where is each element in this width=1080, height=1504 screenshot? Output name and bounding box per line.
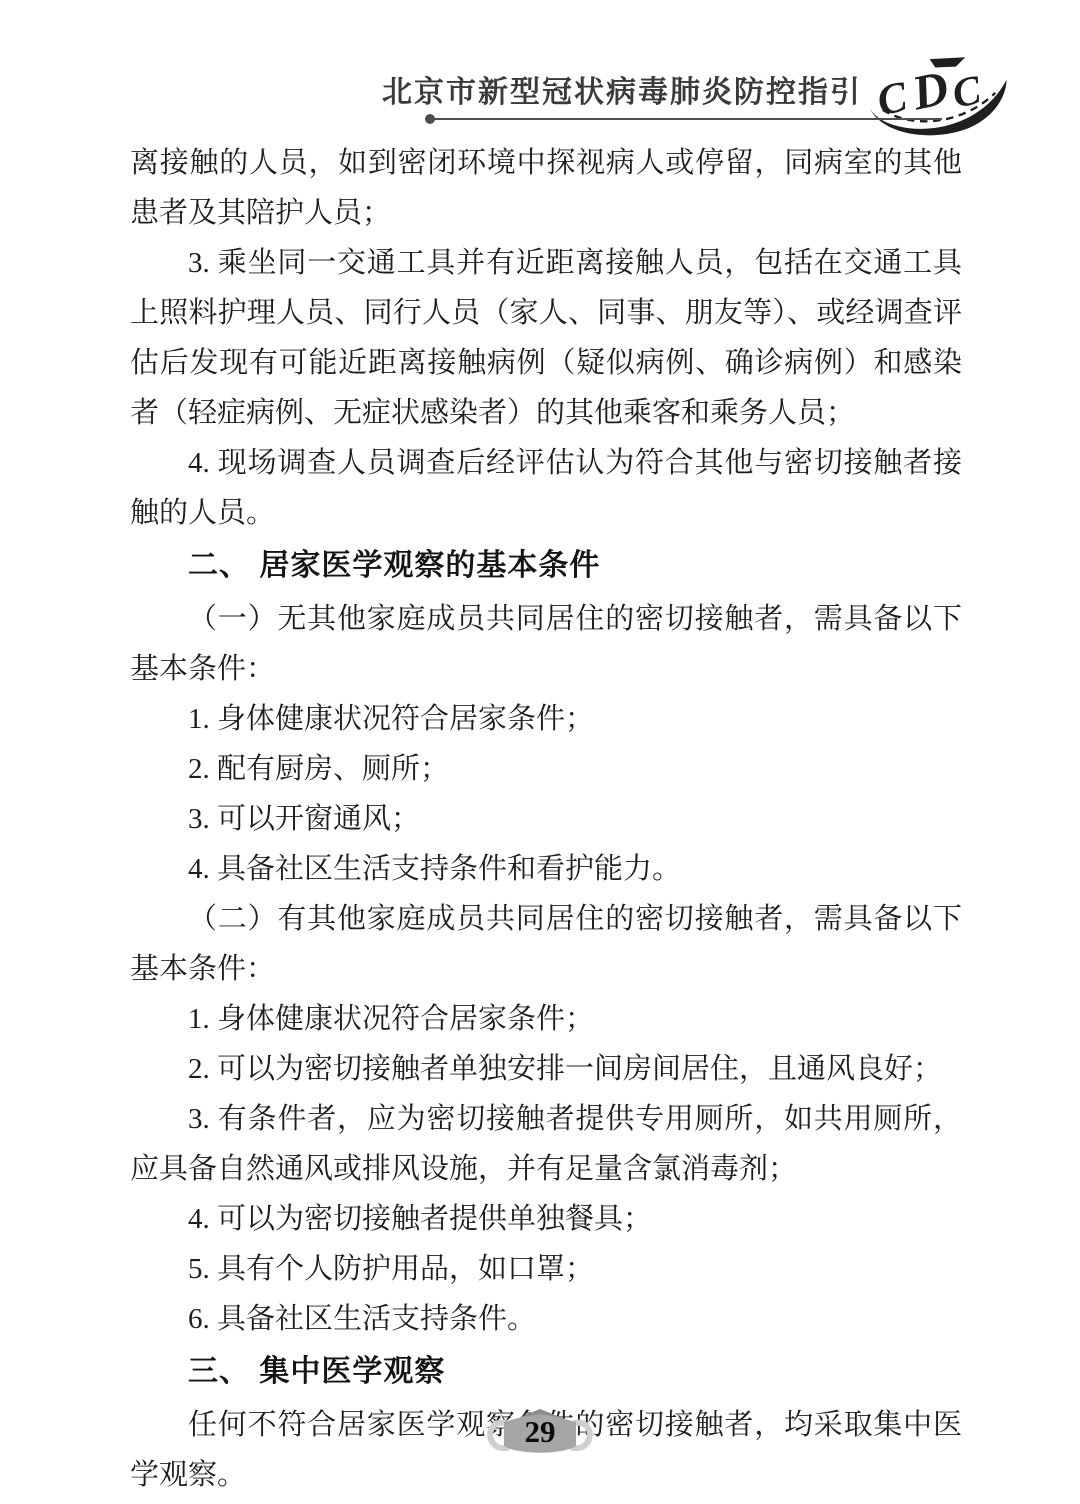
body-paragraph: 6. 具备社区生活支持条件。 [130, 1294, 962, 1344]
page-number: 29 [481, 1416, 599, 1447]
body-paragraph: 离接触的人员，如到密闭环境中探视病人或停留，同病室的其他患者及其陪护人员； [130, 138, 962, 238]
document-page: 北京市新型冠状病毒肺炎防控指引 C D C 离接触的人员，如到密闭环境中探视病人… [0, 0, 1080, 1504]
page-number-mask-badge: 29 [481, 1403, 599, 1469]
cdc-logo-icon: C D C [864, 52, 1014, 144]
body-paragraph: （一）无其他家庭成员共同居住的密切接触者，需具备以下基本条件： [130, 594, 962, 694]
rule-dot [425, 114, 435, 124]
body-paragraph: 1. 身体健康状况符合居家条件； [130, 994, 962, 1044]
body-paragraph: 3. 可以开窗通风； [130, 794, 962, 844]
body-paragraph: 4. 具备社区生活支持条件和看护能力。 [130, 844, 962, 894]
body-paragraph: （二）有其他家庭成员共同居住的密切接触者，需具备以下基本条件： [130, 894, 962, 994]
svg-text:D: D [907, 60, 954, 120]
document-body: 离接触的人员，如到密闭环境中探视病人或停留，同病室的其他患者及其陪护人员；3. … [130, 138, 962, 1500]
body-paragraph: 4. 现场调查人员调查后经评估认为符合其他与密切接触者接触的人员。 [130, 438, 962, 538]
body-paragraph: 1. 身体健康状况符合居家条件； [130, 694, 962, 744]
header-rule [430, 118, 942, 120]
body-paragraph: 3. 有条件者，应为密切接触者提供专用厕所，如共用厕所，应具备自然通风或排风设施… [130, 1094, 962, 1194]
body-paragraph: 3. 乘坐同一交通工具并有近距离接触人员，包括在交通工具上照料护理人员、同行人员… [130, 238, 962, 438]
section-heading: 三、 集中医学观察 [130, 1347, 962, 1397]
header-title: 北京市新型冠状病毒肺炎防控指引 [382, 78, 862, 108]
body-paragraph: 2. 可以为密切接触者单独安排一间房间居住，且通风良好； [130, 1044, 962, 1094]
section-heading: 二、 居家医学观察的基本条件 [130, 541, 962, 591]
body-paragraph: 5. 具有个人防护用品，如口罩； [130, 1244, 962, 1294]
body-paragraph: 2. 配有厨房、厕所； [130, 744, 962, 794]
svg-text:C: C [948, 66, 985, 117]
body-paragraph: 4. 可以为密切接触者提供单独餐具； [130, 1194, 962, 1244]
